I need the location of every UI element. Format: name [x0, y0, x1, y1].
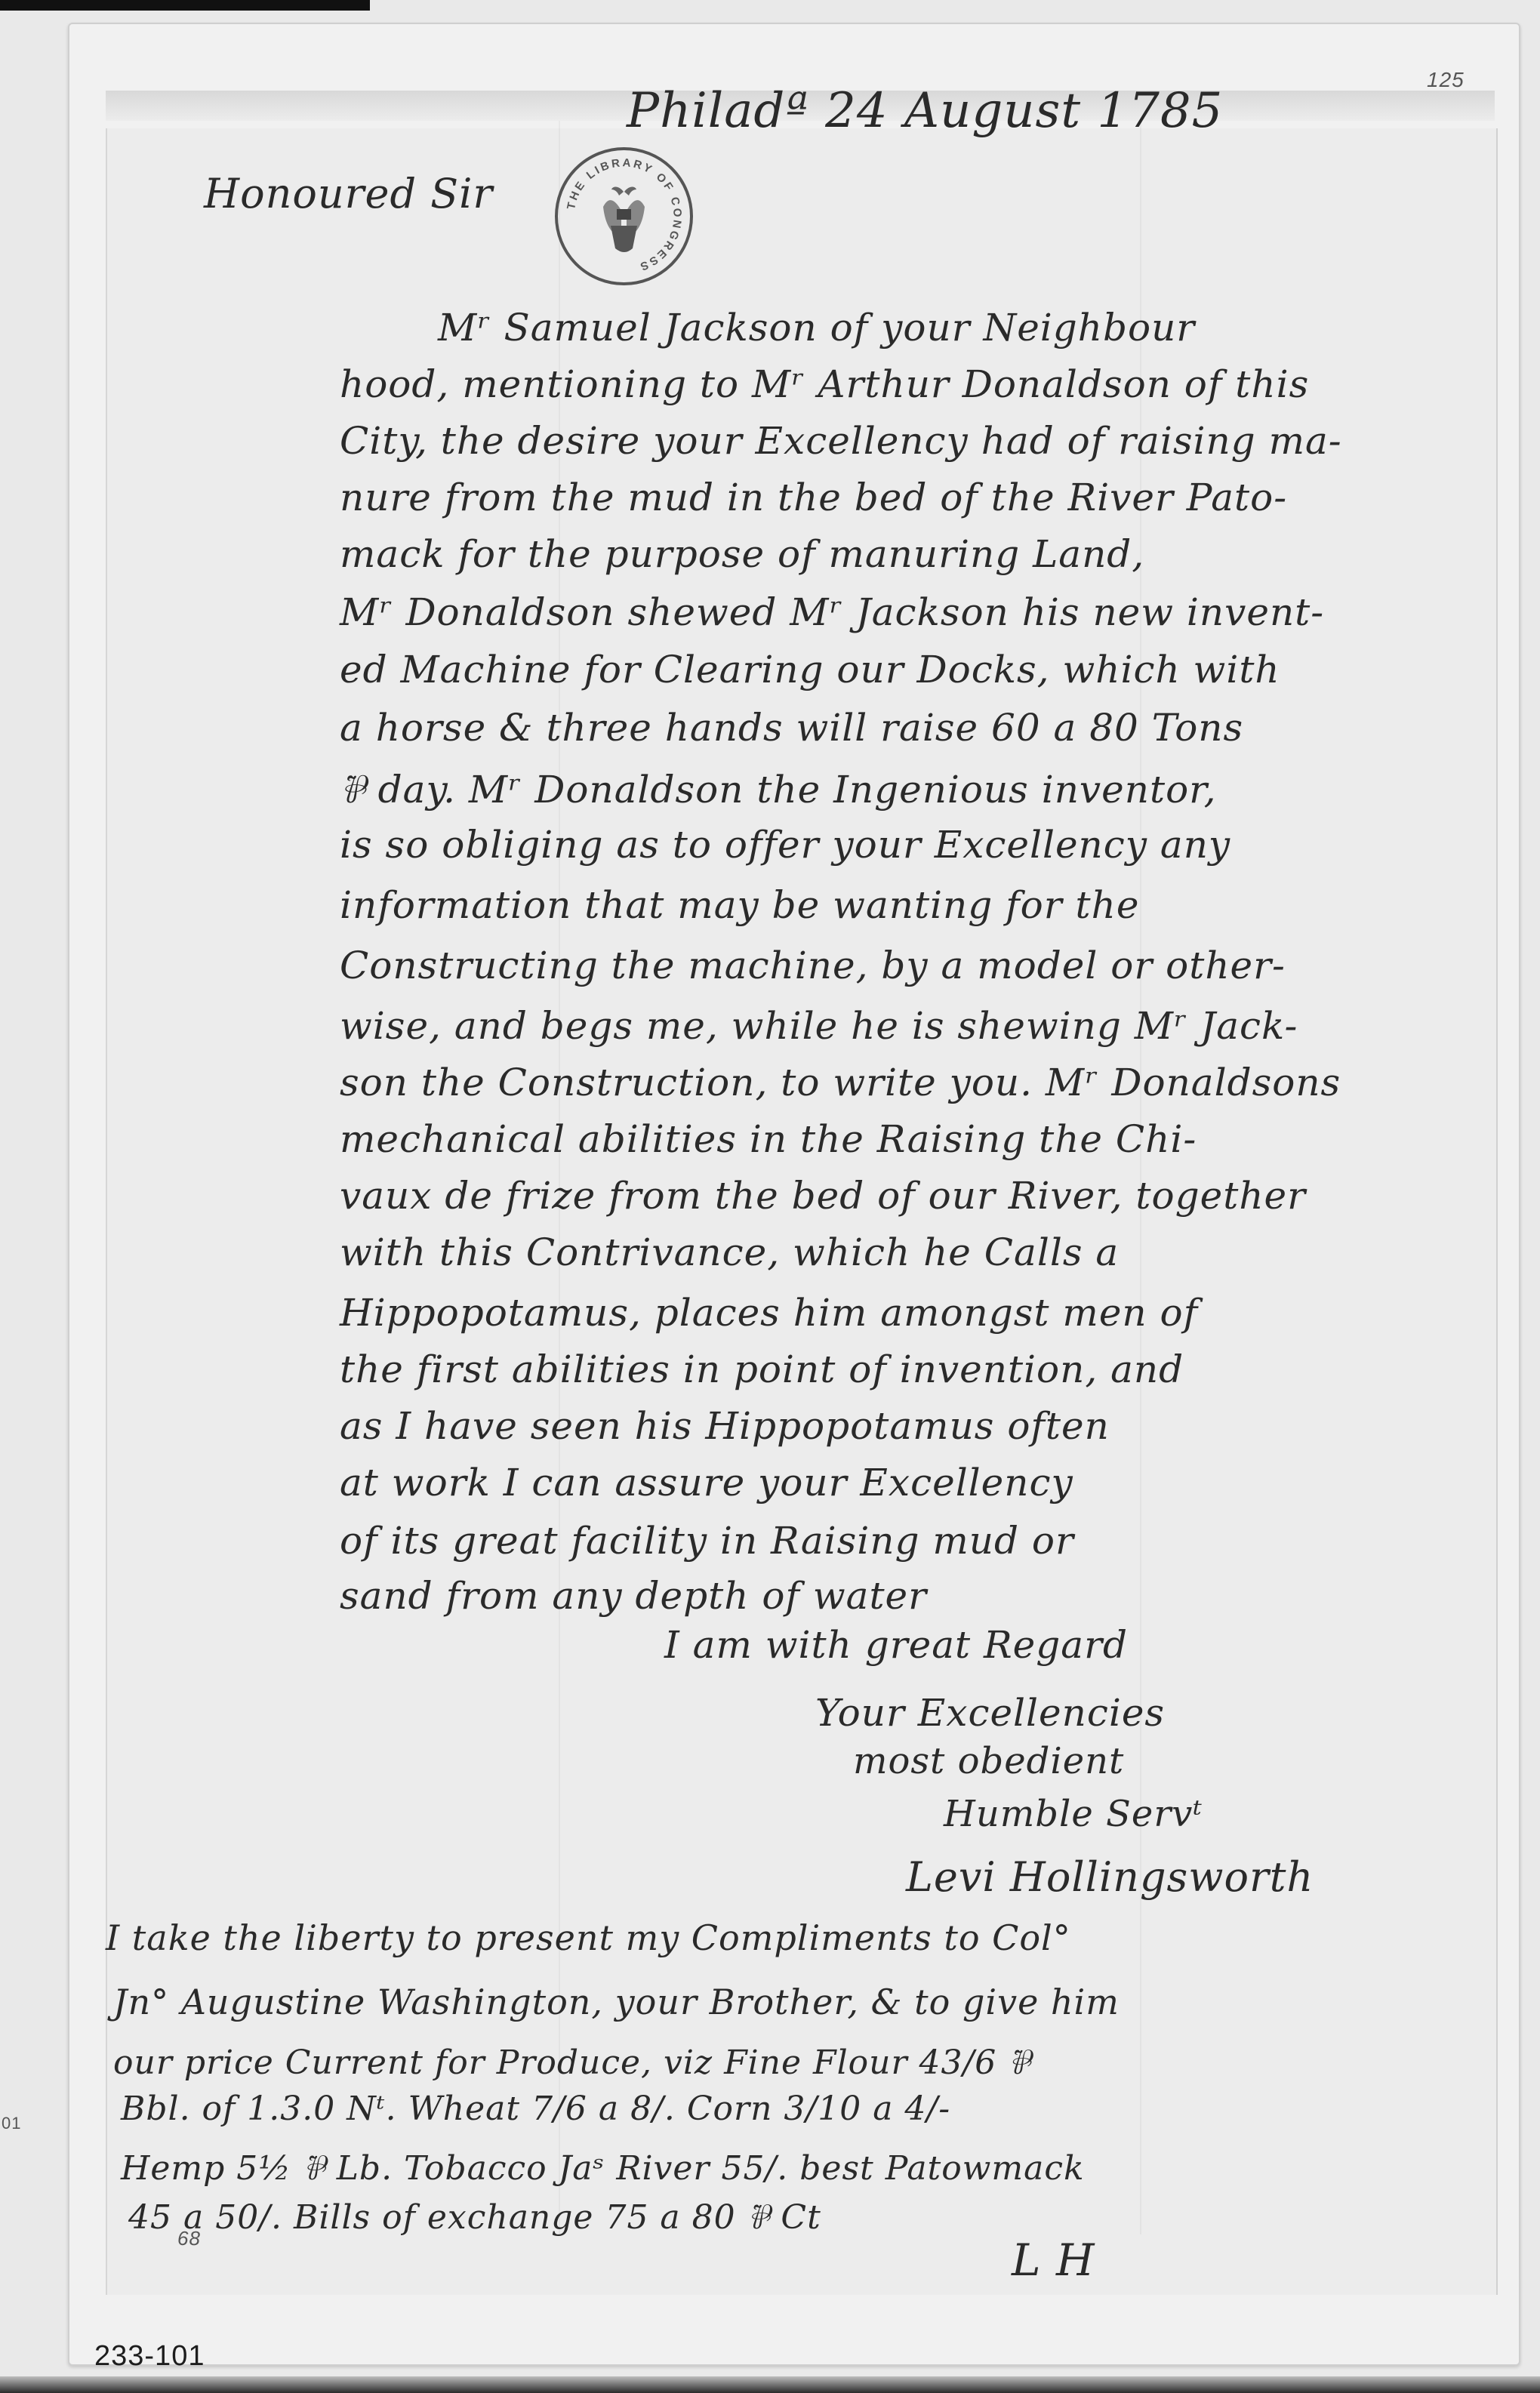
scan-edge-bar-bottom: [0, 2376, 1540, 2393]
body-line: with this Contrivance, which he Calls a: [340, 1230, 1119, 1274]
postscript-initials: L H: [1012, 2234, 1095, 2286]
salutation: Honoured Sir: [204, 170, 493, 217]
body-line: hood, mentioning to Mʳ Arthur Donaldson …: [340, 362, 1309, 406]
body-line: the first abilities in point of inventio…: [340, 1347, 1184, 1391]
postscript-line: Bbl. of 1.3.0 Nᵗ. Wheat 7/6 a 8/. Corn 3…: [121, 2090, 950, 2128]
postscript-line: Jn° Augustine Washington, your Brother, …: [113, 1982, 1120, 2022]
body-line: nure from the mud in the bed of the Rive…: [340, 476, 1287, 519]
body-line: mack for the purpose of manuring Land,: [340, 532, 1144, 576]
body-line: at work I can assure your Excellency: [340, 1461, 1073, 1504]
signature: Levi Hollingsworth: [906, 1853, 1314, 1901]
closing-line: I am with great Regard: [664, 1623, 1128, 1667]
body-line: ⅌ day. Mʳ Donaldson the Ingenious invent…: [340, 762, 1216, 814]
body-line: sand from any depth of water: [340, 1574, 927, 1618]
body-line: a horse & three hands will raise 60 a 80…: [340, 706, 1243, 750]
postscript-line: I take the liberty to present my Complim…: [106, 1917, 1071, 1958]
body-line: of its great facility in Raising mud or: [340, 1519, 1074, 1563]
closing-line: Your Excellencies: [815, 1691, 1165, 1735]
folio-pencil-note: 68: [177, 2227, 201, 2250]
archive-number: 233-101: [94, 2340, 205, 2373]
body-line: Hippopotamus, places him amongst men of: [340, 1291, 1198, 1335]
body-line: wise, and begs me, while he is shewing M…: [340, 1004, 1298, 1048]
body-line: ed Machine for Clearing our Docks, which…: [340, 648, 1280, 691]
body-line: City, the desire your Excellency had of …: [340, 419, 1342, 463]
page-number: 125: [1427, 68, 1465, 92]
eagle-seal-icon: THE LIBRARY OF CONGRESS: [558, 150, 690, 282]
scan-edge-bar-top: [0, 0, 370, 11]
postscript-line: our price Current for Produce, viz Fine …: [113, 2038, 1030, 2083]
library-of-congress-stamp: THE LIBRARY OF CONGRESS THE LIBRARY OF C…: [555, 147, 693, 285]
body-line: vaux de frize from the bed of our River,…: [340, 1174, 1306, 1218]
closing-line: Humble Servᵗ: [944, 1793, 1203, 1835]
postscript-line: Hemp 5½ ⅌ Lb. Tobacco Jaˢ River 55/. bes…: [121, 2144, 1085, 2189]
left-edge-mark: 01: [2, 2114, 21, 2133]
body-line: son the Construction, to write you. Mʳ D…: [340, 1061, 1341, 1104]
body-line: as I have seen his Hippopotamus often: [340, 1404, 1110, 1448]
body-line: Mʳ Samuel Jackson of your Neighbour: [438, 306, 1195, 350]
body-line: Mʳ Donaldson shewed Mʳ Jackson his new i…: [340, 590, 1324, 634]
postscript-line: 45 a 50/. Bills of exchange 75 a 80 ⅌ Ct: [128, 2193, 821, 2238]
body-line: is so obliging as to offer your Excellen…: [340, 823, 1230, 867]
closing-line: most obedient: [853, 1740, 1124, 1782]
body-line: information that may be wanting for the: [340, 883, 1139, 927]
body-line: Constructing the machine, by a model or …: [340, 944, 1286, 987]
dateline: Philadª 24 August 1785: [627, 83, 1223, 139]
body-line: mechanical abilities in the Raising the …: [340, 1117, 1197, 1161]
